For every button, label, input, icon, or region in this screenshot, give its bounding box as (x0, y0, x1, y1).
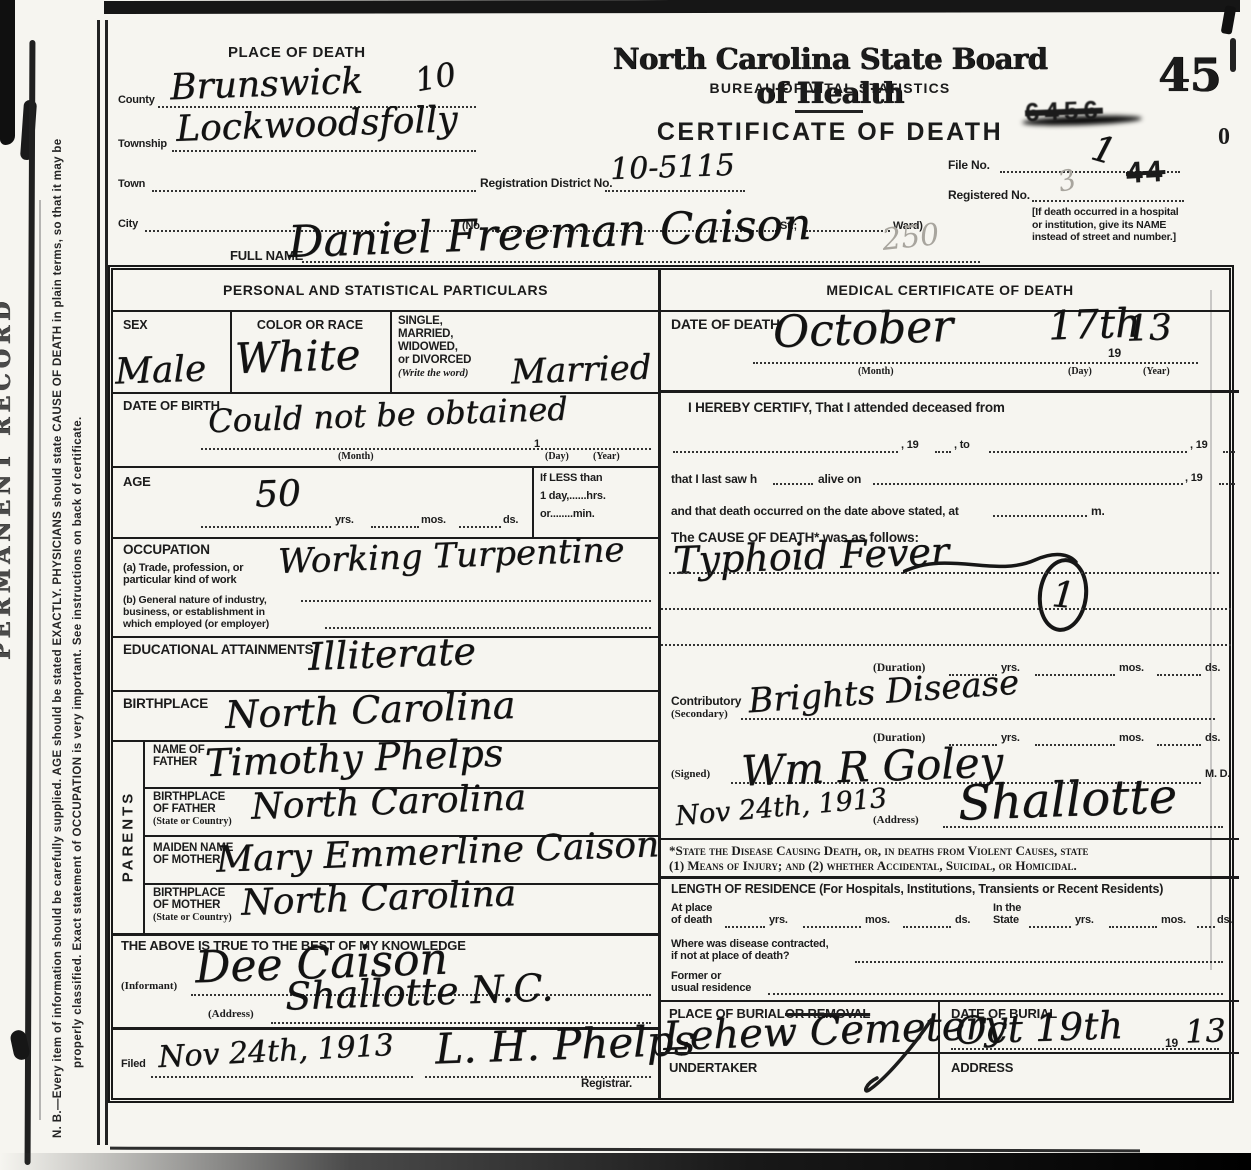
dotted-line (1032, 200, 1184, 202)
file-no-label: File No. (948, 158, 990, 172)
if-less-label-2: 1 day,......hrs. (540, 490, 606, 502)
dotted-line (989, 451, 1187, 453)
dob-value: Could not be obtained (207, 390, 568, 441)
certificate-table: PERSONAL AND STATISTICAL PARTICULARS SEX… (108, 265, 1234, 1103)
race-label: COLOR OR RACE (230, 318, 390, 332)
date-of-death-year-value: 13 (1125, 307, 1172, 350)
dotted-line (993, 515, 1087, 517)
burial-date-year-value: 13 (1184, 1011, 1226, 1050)
scan-streak-left (25, 40, 36, 1165)
signed-address-value: Shallotte (957, 768, 1178, 832)
age-label: AGE (123, 474, 151, 489)
in-state-ds: ds. (1217, 914, 1232, 926)
certify-statement: I HEREBY CERTIFY, That I attended deceas… (688, 400, 1005, 415)
father-name-label-1: NAME OF (153, 744, 205, 756)
dotted-line (1223, 451, 1235, 453)
dotted-line (803, 926, 861, 928)
mother-birthplace-label-2: OF MOTHER (153, 899, 220, 911)
at-place-label-2: of death (671, 914, 712, 926)
dotted-line (951, 1048, 1219, 1050)
margin-record-label: PERMANENT RECORD (0, 297, 16, 660)
marital-label-4: or DIVORCED (398, 354, 471, 366)
dotted-line (1109, 926, 1157, 928)
dod-month-label: (Month) (858, 366, 894, 377)
dotted-line (903, 926, 951, 928)
medical-section-title: MEDICAL CERTIFICATE OF DEATH (661, 282, 1239, 298)
former-residence-label-2: usual residence (671, 982, 751, 994)
dotted-line (753, 362, 1198, 364)
scan-edge-bottom-line (110, 1147, 1140, 1153)
signed-label: (Signed) (671, 768, 710, 780)
scan-mark-topright-2 (1230, 38, 1236, 72)
sex-value: Male (114, 348, 207, 392)
birthplace-label: BIRTHPLACE (123, 696, 208, 711)
dotted-line (725, 926, 765, 928)
dotted-line (1035, 744, 1115, 746)
personal-section-title: PERSONAL AND STATISTICAL PARTICULARS (113, 282, 658, 298)
education-label: EDUCATIONAL ATTAINMENTS (123, 642, 313, 657)
age-mos-label: mos. (421, 514, 446, 526)
death-certificate-scan: 0 PERMANENT RECORD N. B.—Every item of i… (0, 0, 1251, 1170)
contributory-label: Contributory (671, 694, 741, 708)
occupation-a-label-2: particular kind of work (123, 574, 236, 586)
pencil-mark-after-name: 250 (880, 217, 941, 258)
burial-address-label: ADDRESS (951, 1060, 1013, 1075)
city-label: City (118, 218, 138, 230)
footnote-line-2: (1) Means of Injury; and (2) whether Acc… (669, 858, 1077, 874)
dotted-line (459, 526, 501, 528)
sex-label: SEX (123, 318, 147, 332)
township-value: Lockwoodsfolly (175, 99, 458, 150)
father-name-label-2: FATHER (153, 756, 197, 768)
in-state-yrs: yrs. (1075, 914, 1094, 926)
file-no-value: 1 (1087, 128, 1120, 174)
occupation-label: OCCUPATION (123, 542, 210, 557)
occupation-b-label-2: business, or establishment in (123, 606, 265, 618)
dotted-line (172, 150, 476, 152)
dob-day-label: (Day) (545, 451, 569, 462)
certify-to-label: , to (954, 439, 970, 451)
row-rule (661, 1000, 1239, 1002)
dotted-line (325, 627, 651, 629)
marital-label-write-word: (Write the word) (398, 368, 468, 379)
dod-year-label: (Year) (1143, 366, 1170, 377)
scan-blob-topleft (0, 0, 15, 145)
race-value: White (234, 330, 361, 383)
column-divider (658, 270, 661, 1098)
occupation-a-label-1: (a) Trade, profession, or (123, 562, 243, 574)
age-ds-label: ds. (503, 514, 518, 526)
md-label: M. D. (1205, 768, 1230, 780)
cell-divider (532, 466, 534, 537)
mother-name-label-2: OF MOTHER (153, 854, 220, 866)
footnote-line-1: *State the Disease Causing Death, or, in… (669, 843, 1089, 859)
dotted-line (1197, 926, 1215, 928)
county-value: Brunswick (169, 61, 363, 109)
at-place-mos: mos. (865, 914, 890, 926)
dotted-line (1035, 674, 1115, 676)
education-value: Illiterate (307, 629, 476, 679)
if-less-label-1: If LESS than (540, 472, 602, 484)
if-less-label-3: or........min. (540, 508, 595, 520)
marital-label-1: SINGLE, (398, 315, 443, 327)
parents-group-label: PARENTS (113, 740, 143, 933)
bureau-title: BUREAU OF VITAL STATISTICS (610, 80, 1050, 96)
father-birthplace-label-1: BIRTHPLACE (153, 791, 225, 803)
date-of-death-label: DATE OF DEATH (671, 316, 780, 332)
in-state-label-2: State (993, 914, 1019, 926)
page-number: 45 (1158, 48, 1221, 102)
at-place-label-1: At place (671, 902, 712, 914)
marital-label-3: WIDOWED, (398, 341, 458, 353)
registered-no-pencil: 3 (1054, 162, 1079, 198)
contributory-secondary-label: (Secondary) (671, 708, 728, 720)
father-birthplace-note: (State or Country) (153, 816, 232, 827)
row-rule (661, 838, 1239, 840)
burial-date-value: Oct 19th (954, 1003, 1123, 1053)
scan-streak-left-faint (39, 200, 41, 1120)
dob-month-label: (Month) (338, 451, 374, 462)
dotted-line (1157, 674, 1201, 676)
hospital-note: [If death occurred in a hospital or inst… (1032, 206, 1187, 244)
dotted-line (935, 451, 951, 453)
age-value: 50 (254, 473, 301, 516)
dotted-line (661, 644, 1231, 646)
certificate-title: CERTIFICATE OF DEATH (610, 118, 1050, 147)
full-name-value: Daniel Freeman Caison (287, 199, 812, 268)
dotted-line (201, 526, 331, 528)
scan-edge-top (104, 0, 1240, 14)
contracted-label-1: Where was disease contracted, (671, 938, 828, 950)
mother-birthplace-value: North Carolina (240, 873, 516, 924)
margin-note-line2: properly classified. Exact statement of … (72, 416, 84, 1068)
scan-edge-bottom (0, 1153, 1251, 1170)
dotted-line (151, 1076, 413, 1078)
section-rule-heavy (661, 876, 1239, 879)
duration-2-ds: ds. (1205, 732, 1220, 744)
mother-birthplace-label-1: BIRTHPLACE (153, 887, 225, 899)
certify-19-a: , 19 (901, 439, 919, 451)
dotted-line (669, 572, 1219, 574)
dob-printed-one: 1 (534, 438, 540, 450)
at-place-ds: ds. (955, 914, 970, 926)
duration-1-mos: mos. (1119, 662, 1144, 674)
dotted-line (201, 448, 651, 450)
registered-no-label: Registered No. (948, 188, 1030, 202)
dob-label: DATE OF BIRTH (123, 398, 220, 413)
place-of-death-heading: PLACE OF DEATH (228, 44, 366, 61)
last-saw-label: that I last saw h (671, 472, 757, 486)
contracted-label-2: if not at place of death? (671, 950, 789, 962)
occupation-b-label-3: which employed (or employer) (123, 618, 269, 630)
contributory-value: Brights Disease (747, 663, 1020, 722)
dotted-line (152, 190, 476, 192)
duration-1-ds: ds. (1205, 662, 1220, 674)
birthplace-value: North Carolina (224, 683, 516, 737)
mother-name-value: Mary Emmerline Caison (215, 824, 659, 880)
margin-note-line1: N. B.—Every item of information should b… (52, 139, 64, 1138)
at-place-yrs: yrs. (769, 914, 788, 926)
row-rule (113, 392, 658, 394)
cell-divider (390, 312, 392, 392)
township-label: Township (118, 138, 167, 150)
residence-title: LENGTH OF RESIDENCE (For Hospitals, Inst… (671, 882, 1163, 896)
father-birthplace-value: North Carolina (250, 777, 526, 828)
crossed-out-file-number: 44 (1125, 155, 1166, 191)
dod-day-label: (Day) (1068, 366, 1092, 377)
father-birthplace-label-2: OF FATHER (153, 803, 216, 815)
dotted-line (1029, 926, 1071, 928)
registration-district-label: Registration District No. (480, 176, 612, 190)
alive-on-label: alive on (818, 472, 861, 486)
dotted-line (661, 608, 1231, 610)
registrar-signature: L. H. Phelps (434, 1015, 696, 1073)
signed-address-label: (Address) (873, 814, 919, 826)
in-state-mos: mos. (1161, 914, 1186, 926)
parents-group-label-text: PARENTS (120, 791, 137, 883)
mother-birthplace-note: (State or Country) (153, 912, 232, 923)
filed-date-value: Nov 24th, 1913 (157, 1028, 394, 1075)
dotted-line (806, 230, 890, 232)
dotted-line (741, 718, 1215, 720)
death-occurred-label: and that death occurred on the date abov… (671, 504, 959, 518)
father-name-value: Timothy Phelps (204, 731, 504, 785)
dotted-line (1219, 483, 1235, 485)
row-rule (113, 466, 658, 468)
town-label: Town (118, 178, 145, 190)
dotted-line (773, 483, 813, 485)
date-of-death-year-printed: 19 (1108, 346, 1121, 360)
duration-2-mos: mos. (1119, 732, 1144, 744)
date-of-death-month: October (772, 301, 954, 358)
informant-address-label: (Address) (208, 1008, 254, 1020)
board-title: North Carolina State Board of Health (610, 42, 1050, 110)
filed-label: Filed (121, 1058, 146, 1070)
death-occurred-m: m. (1091, 504, 1105, 518)
pen-flourish (853, 1018, 943, 1098)
certify-19-b: , 19 (1190, 439, 1208, 451)
dotted-line (301, 600, 651, 602)
dotted-line (873, 483, 1183, 485)
dotted-line (605, 190, 745, 192)
informant-label: (Informant) (121, 980, 177, 992)
last-saw-19: , 19 (1185, 472, 1203, 484)
marital-label-2: MARRIED, (398, 328, 453, 340)
dotted-line (1157, 744, 1201, 746)
bureau-rule (795, 110, 863, 113)
scan-mark-zero: 0 (1218, 124, 1230, 151)
registrar-label: Registrar. (581, 1078, 632, 1090)
dotted-line (371, 526, 419, 528)
dotted-line (673, 451, 898, 453)
county-number: 10 (412, 55, 459, 99)
dotted-line (768, 993, 1223, 995)
occupation-b-label-1: (b) General nature of industry, (123, 594, 267, 606)
age-yrs-label: yrs. (335, 514, 354, 526)
page-border-left (97, 20, 108, 1145)
in-state-label-1: In the (993, 902, 1021, 914)
undertaker-label: UNDERTAKER (669, 1060, 757, 1075)
section-rule-heavy (661, 390, 1239, 393)
registration-district-value: 10-5115 (609, 148, 735, 187)
informant-address-value: Shallotte N.C. (284, 965, 554, 1018)
marital-value: Married (510, 348, 652, 393)
former-residence-label-1: Former or (671, 970, 721, 982)
dotted-line (855, 961, 1223, 963)
duration-2-yrs: yrs. (1001, 732, 1020, 744)
dob-year-label: (Year) (593, 451, 620, 462)
crossed-out-stamp-number: 6456 (1024, 95, 1103, 129)
county-label: County (118, 94, 155, 106)
